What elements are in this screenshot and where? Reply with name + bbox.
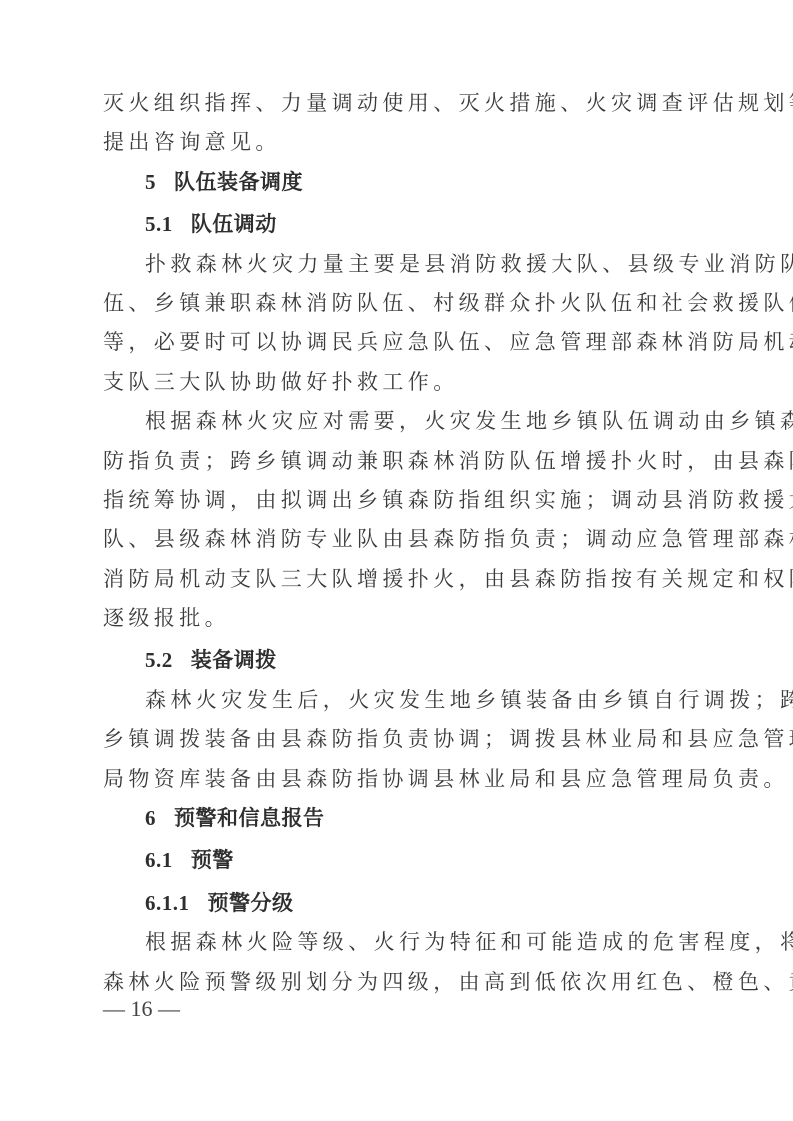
subsection-heading-5-1: 5.1队伍调动 [103,205,693,244]
paragraph-5-2-a: 森林火灾发生后，火灾发生地乡镇装备由乡镇自行调拨；跨 乡镇调拨装备由县森防指负责… [103,681,693,799]
body-text-line: 局物资库装备由县森防指协调县林业局和县应急管理局负责。 [103,760,693,799]
body-text-line: 提出咨询意见。 [103,123,693,162]
document-page: 灭火组织指挥、力量调动使用、灭火措施、火灾调查评估规划等 提出咨询意见。 5队伍… [103,84,693,1002]
body-text-line: 扑救森林火灾力量主要是县消防救援大队、县级专业消防队 [103,245,693,284]
section-title: 预警分级 [208,891,294,915]
section-number: 6.1.1 [145,884,190,923]
section-number: 5 [145,163,156,202]
body-text-line: 指统筹协调，由拟调出乡镇森防指组织实施；调动县消防救援大 [103,481,693,520]
subsection-heading-5-2: 5.2装备调拨 [103,641,693,680]
section-title: 队伍调动 [191,212,277,236]
body-text-line: 等，必要时可以协调民兵应急队伍、应急管理部森林消防局机动 [103,323,693,362]
section-title: 预警 [191,848,234,872]
section-heading-6: 6预警和信息报告 [103,799,693,838]
body-text-line: 灭火组织指挥、力量调动使用、灭火措施、火灾调查评估规划等 [103,84,693,123]
section-number: 6.1 [145,841,173,880]
body-text-line: 根据森林火灾应对需要，火灾发生地乡镇队伍调动由乡镇森 [103,402,693,441]
body-text-line: 森林火险预警级别划分为四级，由高到低依次用红色、橙色、黄 [103,963,693,1002]
section-number: 5.1 [145,205,173,244]
paragraph-6-1-1-a: 根据森林火险等级、火行为特征和可能造成的危害程度，将 森林火险预警级别划分为四级… [103,923,693,1002]
subsection-heading-6-1-1: 6.1.1预警分级 [103,884,693,923]
body-text-line: 森林火灾发生后，火灾发生地乡镇装备由乡镇自行调拨；跨 [103,681,693,720]
page-number: — 16 — [103,994,180,1024]
body-text-line: 队、县级森林消防专业队由县森防指负责；调动应急管理部森林 [103,520,693,559]
body-text-line: 乡镇调拨装备由县森防指负责协调；调拨县林业局和县应急管理 [103,720,693,759]
paragraph-5-1-a: 扑救森林火灾力量主要是县消防救援大队、县级专业消防队 伍、乡镇兼职森林消防队伍、… [103,245,693,403]
body-text-line: 支队三大队协助做好扑救工作。 [103,363,693,402]
section-title: 队伍装备调度 [174,170,303,194]
body-text-line: 逐级报批。 [103,599,693,638]
section-heading-5: 5队伍装备调度 [103,163,693,202]
body-text-line: 消防局机动支队三大队增援扑火，由县森防指按有关规定和权限 [103,560,693,599]
body-text-line: 防指负责；跨乡镇调动兼职森林消防队伍增援扑火时，由县森防 [103,442,693,481]
section-title: 装备调拨 [191,648,277,672]
subsection-heading-6-1: 6.1预警 [103,841,693,880]
body-text-line: 伍、乡镇兼职森林消防队伍、村级群众扑火队伍和社会救援队伍 [103,284,693,323]
paragraph-5-1-b: 根据森林火灾应对需要，火灾发生地乡镇队伍调动由乡镇森 防指负责；跨乡镇调动兼职森… [103,402,693,638]
section-number: 5.2 [145,641,173,680]
section-number: 6 [145,799,156,838]
body-text-line: 根据森林火险等级、火行为特征和可能造成的危害程度，将 [103,923,693,962]
section-title: 预警和信息报告 [174,806,325,830]
